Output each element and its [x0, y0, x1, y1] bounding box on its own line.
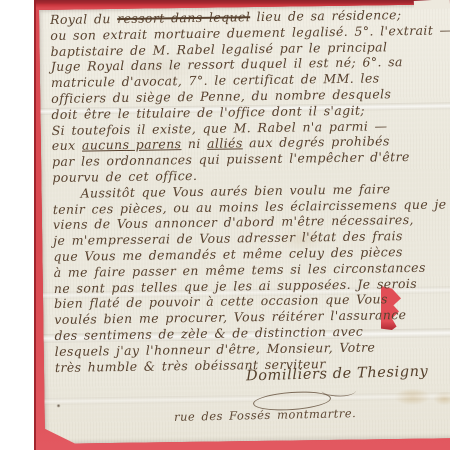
fold-crease: [44, 392, 450, 405]
red-backdrop: Royal du ressort dans lequel lieu de sa …: [34, 0, 450, 450]
letter-body: Royal du ressort dans lequel lieu de sa …: [50, 6, 450, 375]
letter-photo: Royal du ressort dans lequel lieu de sa …: [0, 0, 450, 450]
